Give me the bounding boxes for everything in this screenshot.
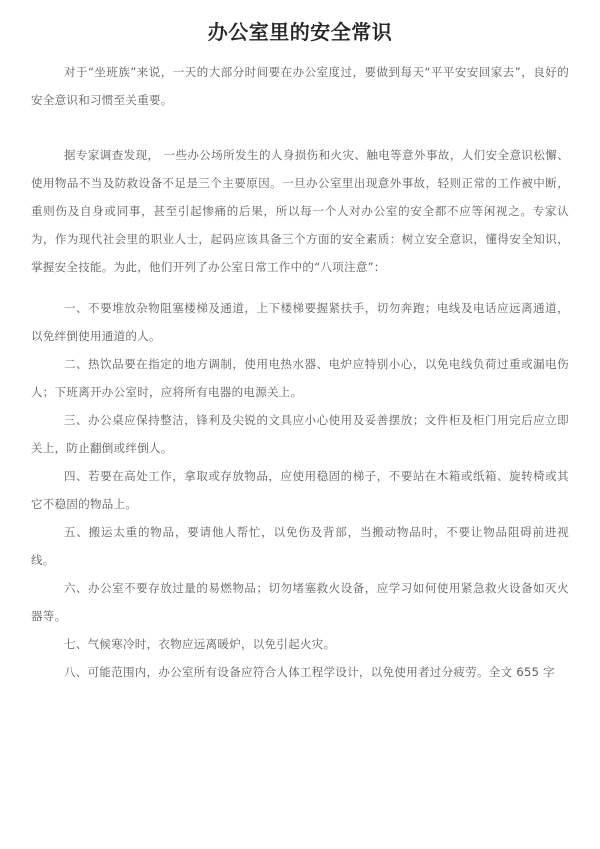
document-page: 办公室里的安全常识 对于“坐班族”来说，一天的大部分时间要在办公室度过，要做到每…: [0, 0, 600, 849]
overview-paragraph: 据专家调查发现， 一些办公场所发生的人身损伤和火灾、触电等意外事故，人们安全意识…: [31, 141, 569, 281]
list-item-2: 二、热饮品要在指定的地方调制，使用电热水器、电炉应特别小心，以免电线负荷过重或漏…: [31, 350, 569, 406]
doc-title: 办公室里的安全常识: [31, 21, 569, 43]
safety-points-list: 一、不要堆放杂物阻塞楼梯及通道，上下楼梯要握紧扶手，切勿奔跑；电线及电话应远离通…: [31, 294, 569, 686]
list-item-1: 一、不要堆放杂物阻塞楼梯及通道，上下楼梯要握紧扶手，切勿奔跑；电线及电话应远离通…: [31, 294, 569, 350]
list-item-7: 七、气候寒冷时，衣物应远离暖炉，以免引起火灾。: [31, 630, 569, 658]
list-item-3: 三、办公桌应保持整洁，锋利及尖锐的文具应小心使用及妥善摆放；文件柜及柜门用完后应…: [31, 406, 569, 462]
list-item-4: 四、若要在高处工作，拿取或存放物品，应使用稳固的梯子，不要站在木箱或纸箱、旋转椅…: [31, 462, 569, 518]
list-item-5: 五、搬运太重的物品，要请他人帮忙，以免伤及背部，当搬动物品时，不要让物品阻碍前进…: [31, 518, 569, 574]
intro-paragraph: 对于“坐班族”来说，一天的大部分时间要在办公室度过，要做到每天“平平安安回家去”…: [31, 58, 569, 114]
list-item-8: 八、可能范围内，办公室所有设备应符合人体工程学设计，以免使用者过分疲劳。全文 6…: [31, 658, 569, 686]
list-item-6: 六、办公室不要存放过量的易燃物品；切勿堵塞救火设备，应学习如何使用紧急救火设备如…: [31, 574, 569, 630]
